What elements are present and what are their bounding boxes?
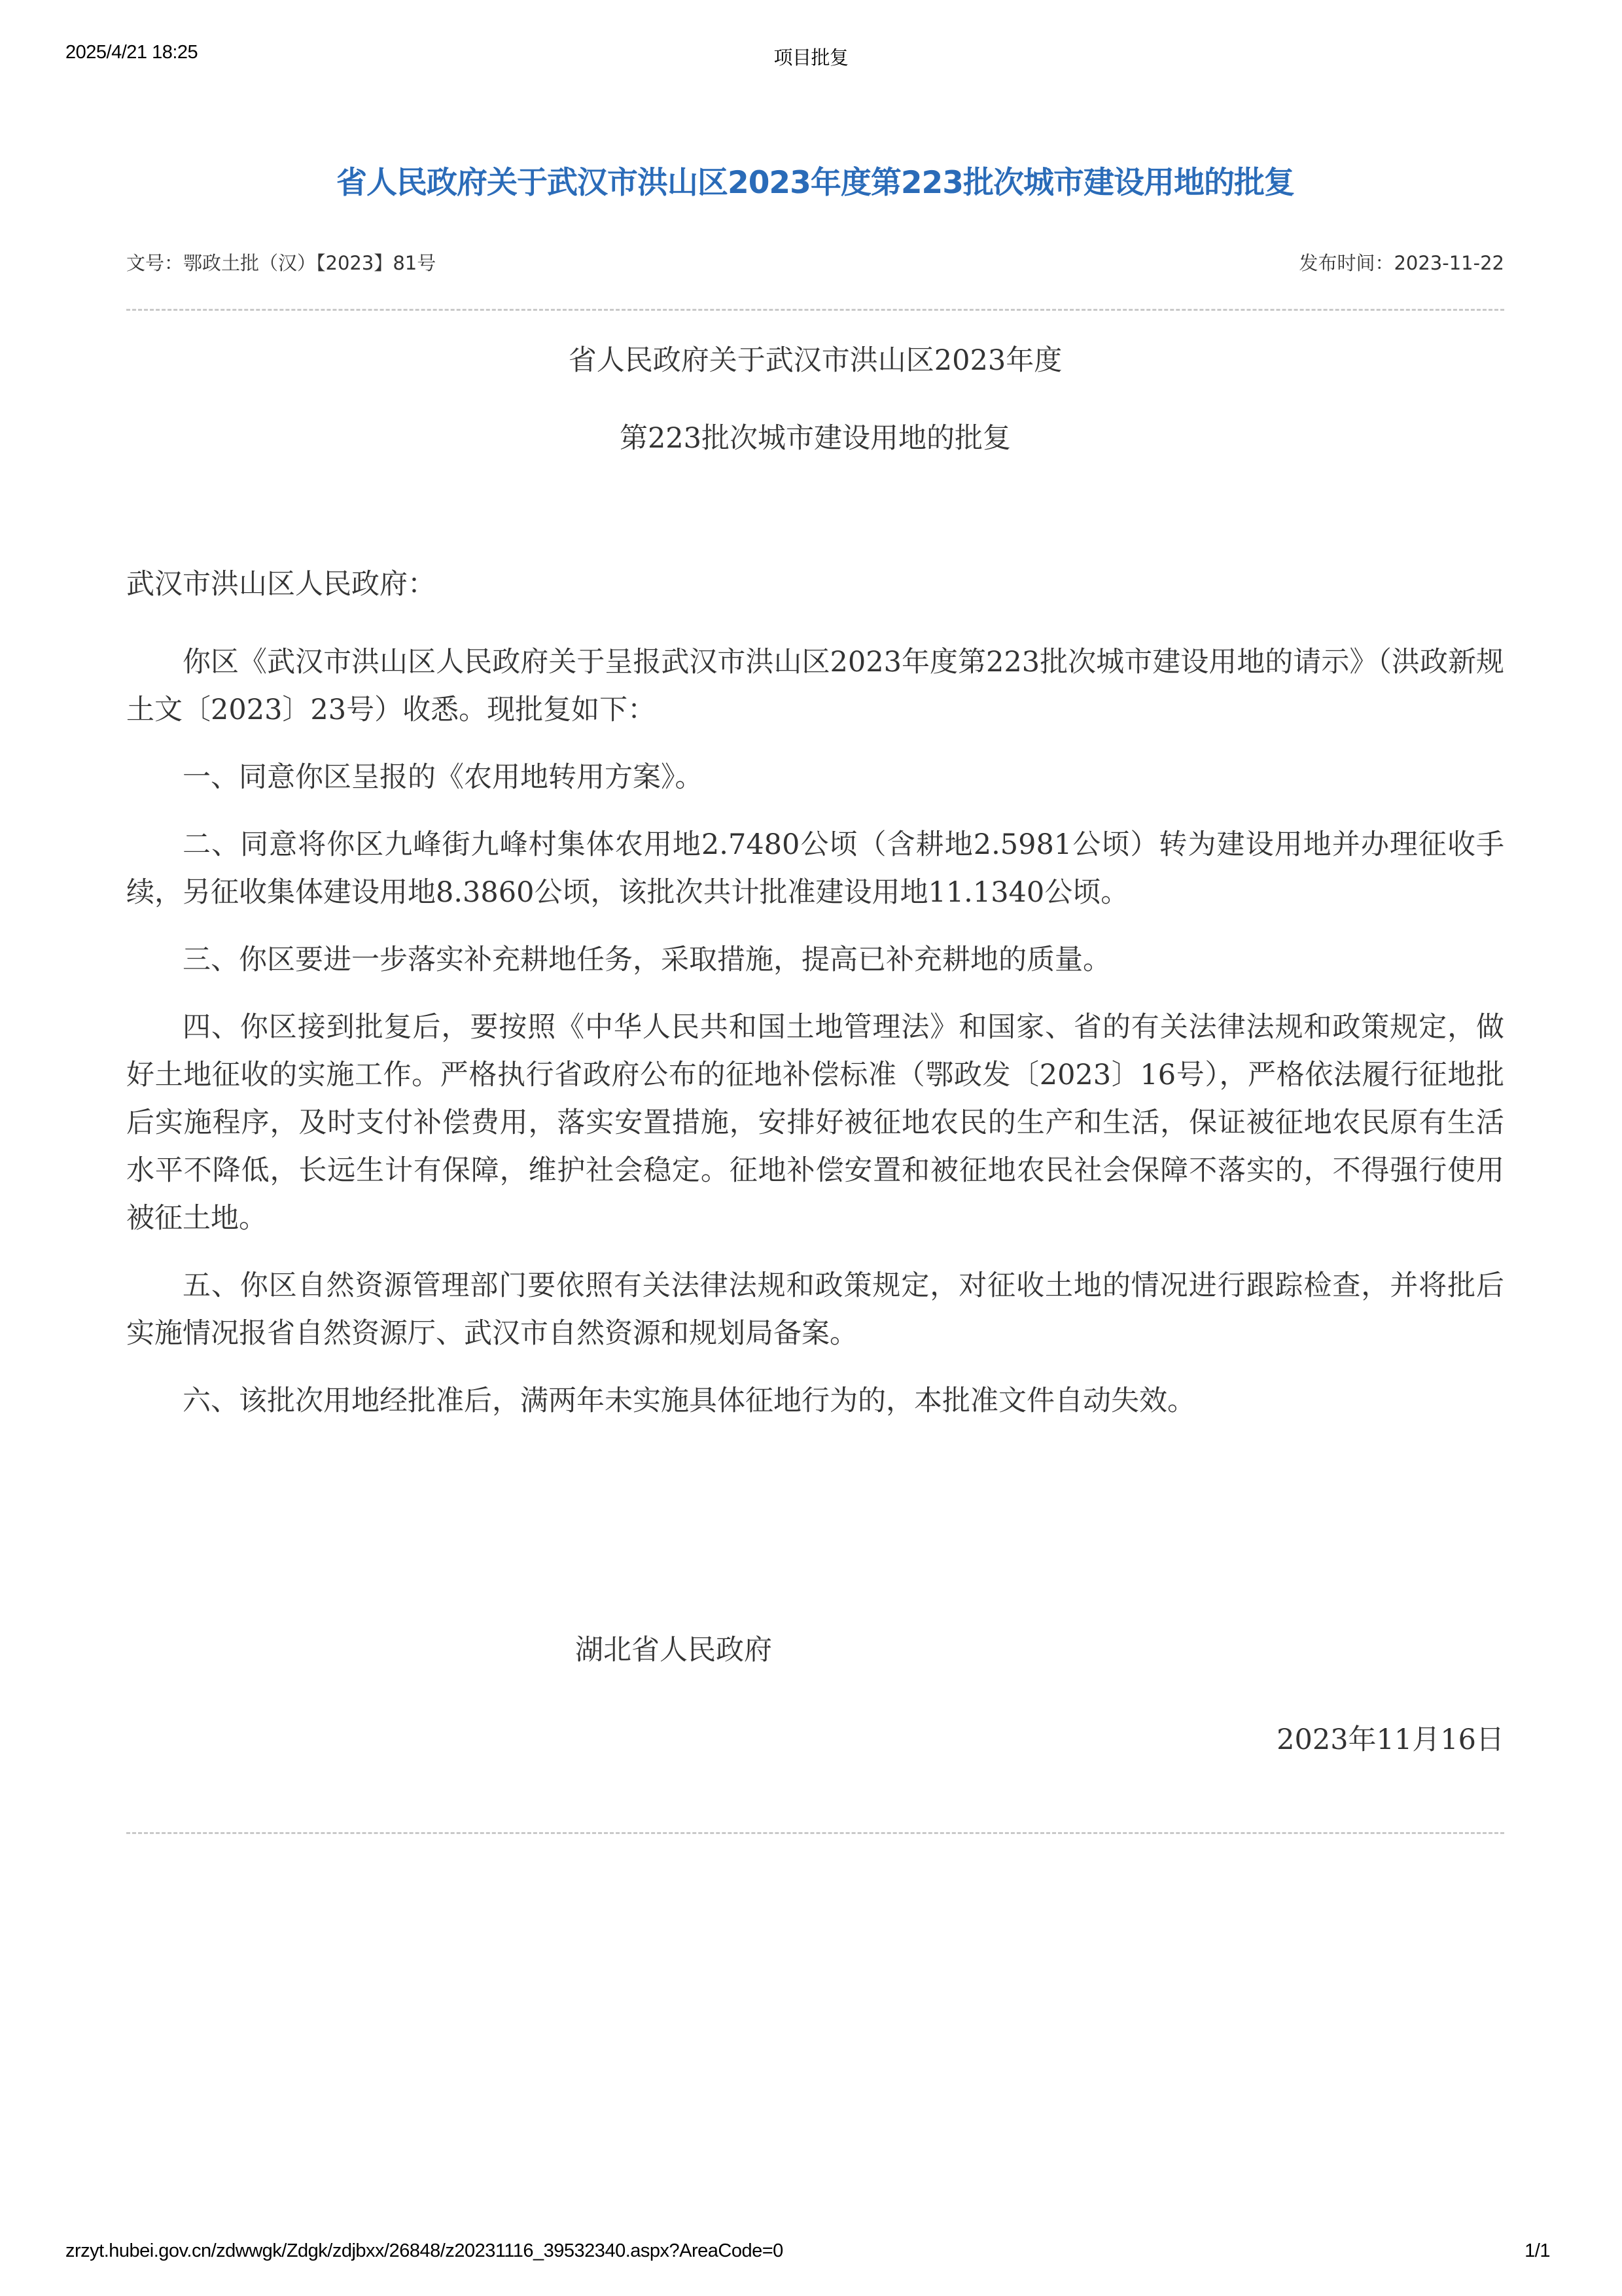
print-page-title: 项目批复 — [0, 43, 1622, 70]
article: 省人民政府关于武汉市洪山区2023年度第223批次城市建设用地的批复 文号：鄂政… — [126, 150, 1504, 1834]
paragraph-item-3: 三、你区要进一步落实补充耕地任务，采取措施，提高已补充耕地的质量。 — [126, 936, 1504, 984]
publish-time-value: 2023-11-22 — [1394, 252, 1504, 274]
sign-date: 2023年11月16日 — [126, 1716, 1504, 1764]
print-url: zrzyt.hubei.gov.cn/zdwwgk/Zdgk/zdjbxx/26… — [65, 2240, 783, 2262]
doc-number: 文号：鄂政土批（汉）【2023】81号 — [126, 249, 436, 275]
document-heading-line-1: 省人民政府关于武汉市洪山区2023年度 — [126, 337, 1504, 385]
bottom-divider — [126, 1832, 1504, 1834]
article-title: 省人民政府关于武汉市洪山区2023年度第223批次城市建设用地的批复 — [126, 150, 1504, 216]
top-divider — [126, 309, 1504, 311]
paragraph-item-6: 六、该批次用地经批准后，满两年未实施具体征地行为的，本批准文件自动失效。 — [126, 1377, 1504, 1425]
paragraph-item-5: 五、你区自然资源管理部门要依照有关法律法规和政策规定，对征收土地的情况进行跟踪检… — [126, 1262, 1504, 1358]
print-header: 2025/4/21 18:25 项目批复 — [0, 42, 1622, 68]
page-indicator: 1/1 — [1525, 2240, 1550, 2262]
paragraph-item-1: 一、同意你区呈报的《农用地转用方案》。 — [126, 754, 1504, 802]
paragraph-item-2: 二、同意将你区九峰街九峰村集体农用地2.7480公顷（含耕地2.5981公顷）转… — [126, 821, 1504, 917]
doc-number-label: 文号： — [126, 252, 183, 274]
document-body: 省人民政府关于武汉市洪山区2023年度 第223批次城市建设用地的批复 武汉市洪… — [126, 337, 1504, 1764]
document-heading-line-2: 第223批次城市建设用地的批复 — [126, 415, 1504, 463]
paragraph-intro: 你区《武汉市洪山区人民政府关于呈报武汉市洪山区2023年度第223批次城市建设用… — [126, 639, 1504, 734]
doc-number-value: 鄂政土批（汉）【2023】81号 — [183, 252, 436, 274]
signature: 湖北省人民政府 — [126, 1627, 1504, 1674]
publish-time-label: 发布时间： — [1299, 252, 1394, 274]
publish-time: 发布时间：2023-11-22 — [1299, 249, 1504, 275]
paragraph-item-4: 四、你区接到批复后，要按照《中华人民共和国土地管理法》和国家、省的有关法律法规和… — [126, 1004, 1504, 1243]
article-meta: 文号：鄂政土批（汉）【2023】81号 发布时间：2023-11-22 — [126, 249, 1504, 288]
print-footer: zrzyt.hubei.gov.cn/zdwwgk/Zdgk/zdjbxx/26… — [0, 2240, 1622, 2267]
salutation: 武汉市洪山区人民政府： — [126, 561, 1504, 609]
